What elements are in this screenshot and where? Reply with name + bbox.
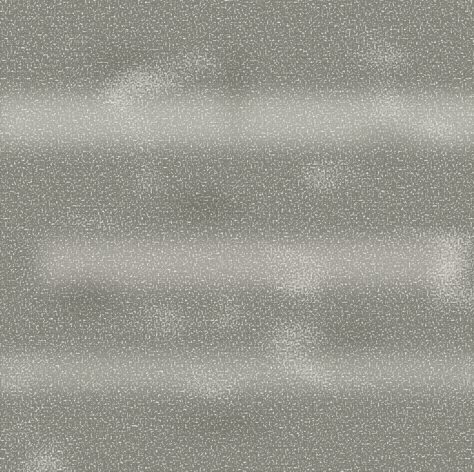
rug-texture-photo — [0, 0, 474, 472]
weave-grid-overlay — [0, 0, 474, 472]
